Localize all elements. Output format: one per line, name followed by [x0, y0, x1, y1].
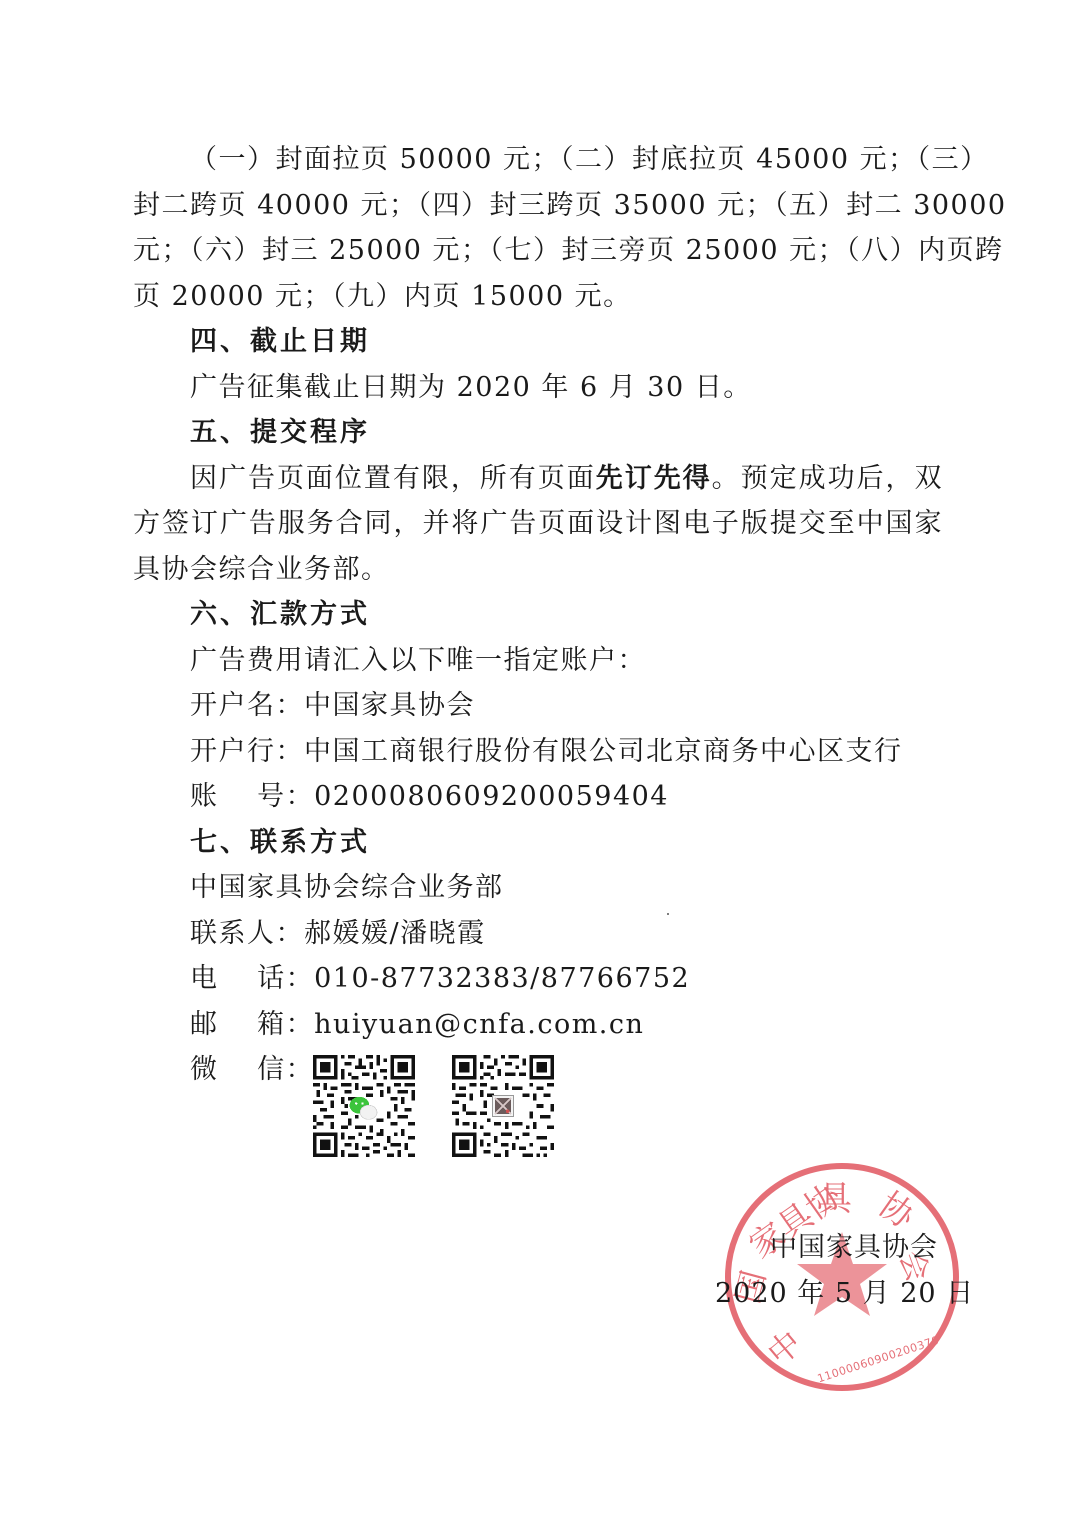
account-number-value: 0200080609200059404: [314, 781, 669, 812]
account-name-value: 中国家具协会: [304, 690, 475, 721]
document-page: （一）封面拉页 50000 元；（二）封底拉页 45000 元；（三） 封二跨页…: [0, 0, 1080, 1526]
email-value[interactable]: huiyuan@cnfa.com.cn: [314, 1009, 644, 1040]
svg-text:具: 具: [818, 1179, 854, 1219]
email-label: 邮 箱：: [190, 1009, 314, 1040]
avatar-logo-icon: [492, 1095, 513, 1116]
section-heading-deadline: 四、截止日期: [190, 324, 1000, 360]
contact-person-value: 郝媛媛/潘晓霞: [304, 918, 486, 949]
procedure-text-a: 因广告页面位置有限，所有页面: [190, 463, 596, 494]
bank-value: 中国工商银行股份有限公司北京商务中心区支行: [304, 736, 903, 767]
phone-row: 电 话：010-87732383/87766752: [190, 961, 1000, 997]
section-heading-payment: 六、汇款方式: [190, 597, 1000, 633]
account-number-row: 账 号：0200080609200059404: [190, 779, 1000, 815]
wechat-qr-code-1: [313, 1054, 415, 1158]
account-number-label: 账 号：: [190, 781, 314, 812]
payment-intro: 广告费用请汇入以下唯一指定账户：: [190, 643, 1000, 679]
signature-organization: 中国家具协会: [770, 1230, 938, 1266]
svg-text:中: 中: [760, 1323, 809, 1373]
pricing-line-2: 封二跨页 40000 元；（四）封三跨页 35000 元；（五）封二 30000: [133, 188, 943, 224]
procedure-line-2: 方签订广告服务合同，并将广告页面设计图电子版提交至中国家: [133, 506, 943, 542]
bank-label: 开户行：: [190, 736, 304, 767]
pricing-line-4: 页 20000 元；（九）内页 15000 元。: [133, 279, 943, 315]
section-heading-contact: 七、联系方式: [190, 825, 1000, 861]
bank-row: 开户行：中国工商银行股份有限公司北京商务中心区支行: [190, 734, 1000, 770]
contact-person-row: 联系人：郝媛媛/潘晓霞: [190, 916, 1000, 952]
phone-value: 010-87732383/87766752: [314, 963, 690, 994]
qr-code-icon: [313, 1054, 415, 1158]
scan-speck: [667, 913, 669, 915]
account-name-label: 开户名：: [190, 690, 304, 721]
email-row: 邮 箱：huiyuan@cnfa.com.cn: [190, 1007, 1000, 1043]
procedure-line-1: 因广告页面位置有限，所有页面先订先得。预定成功后，双: [190, 461, 943, 497]
section-heading-procedure: 五、提交程序: [190, 415, 1000, 451]
account-name-row: 开户名：中国家具协会: [190, 688, 1000, 724]
qr-code-icon: [452, 1054, 554, 1158]
deadline-text: 广告征集截止日期为 2020 年 6 月 30 日。: [190, 370, 1000, 406]
wechat-qr-code-2: [452, 1054, 554, 1158]
pricing-line-3: 元；（六）封三 25000 元；（七）封三旁页 25000 元；（八）内页跨: [133, 233, 943, 269]
procedure-line-3: 具协会综合业务部。: [133, 552, 943, 588]
contact-person-label: 联系人：: [190, 918, 304, 949]
phone-label: 电 话：: [190, 963, 314, 994]
signature-date: 2020 年 5 月 20 日: [715, 1276, 974, 1312]
procedure-emphasis: 先订先得: [596, 463, 712, 494]
wechat-label: 微 信：: [190, 1052, 1000, 1088]
procedure-text-b: 。预定成功后，双: [712, 463, 943, 494]
contact-department: 中国家具协会综合业务部: [190, 870, 1000, 906]
pricing-line-1: （一）封面拉页 50000 元；（二）封底拉页 45000 元；（三）: [190, 142, 943, 178]
